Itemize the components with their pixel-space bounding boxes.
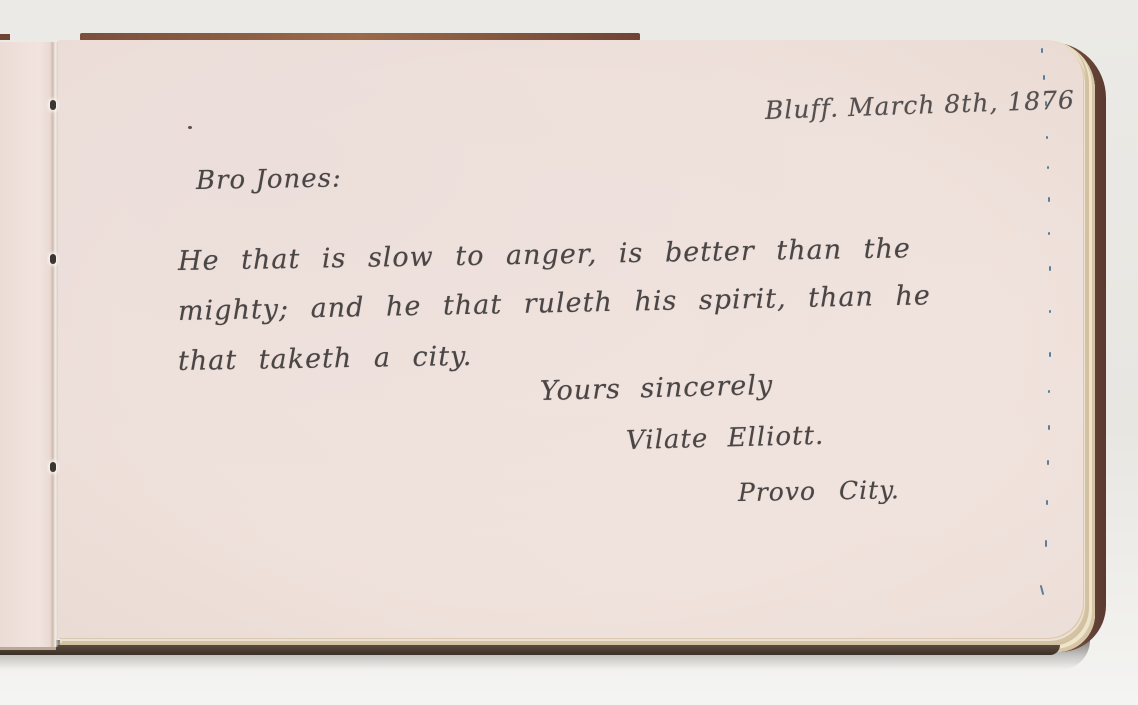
place-line: Provo City. xyxy=(738,475,900,507)
margin-tick xyxy=(1045,540,1047,547)
margin-tick xyxy=(1048,197,1050,202)
paper-speck xyxy=(188,126,192,129)
binding-stitch xyxy=(50,254,56,264)
margin-tick xyxy=(1047,166,1049,169)
margin-tick xyxy=(1049,310,1051,313)
closing: Yours sincerely xyxy=(540,370,774,407)
body-line-3: that taketh a city. xyxy=(178,341,473,377)
margin-tick xyxy=(1043,75,1045,80)
margin-tick xyxy=(1040,585,1045,595)
margin-tick xyxy=(1046,136,1048,139)
leather-cover-top-left-edge xyxy=(0,34,10,40)
binding-stitch xyxy=(50,100,56,110)
scanned-album-scene: Bluff. March 8th, 1876 Bro Jones: He tha… xyxy=(0,0,1138,705)
binding-gutter xyxy=(50,42,58,647)
margin-tick xyxy=(1046,500,1048,505)
margin-tick xyxy=(1048,425,1050,430)
margin-tick xyxy=(1048,390,1050,393)
left-page-sliver xyxy=(0,42,56,650)
signature: Vilate Elliott. xyxy=(626,421,825,456)
album-page xyxy=(58,40,1083,638)
margin-tick xyxy=(1047,460,1049,465)
margin-tick xyxy=(1049,266,1051,271)
margin-tick xyxy=(1048,232,1050,235)
margin-tick xyxy=(1049,352,1051,357)
book-bottom-edge xyxy=(0,645,1060,655)
margin-tick xyxy=(1041,48,1043,53)
salutation: Bro Jones: xyxy=(196,163,342,196)
binding-stitch xyxy=(50,462,56,472)
